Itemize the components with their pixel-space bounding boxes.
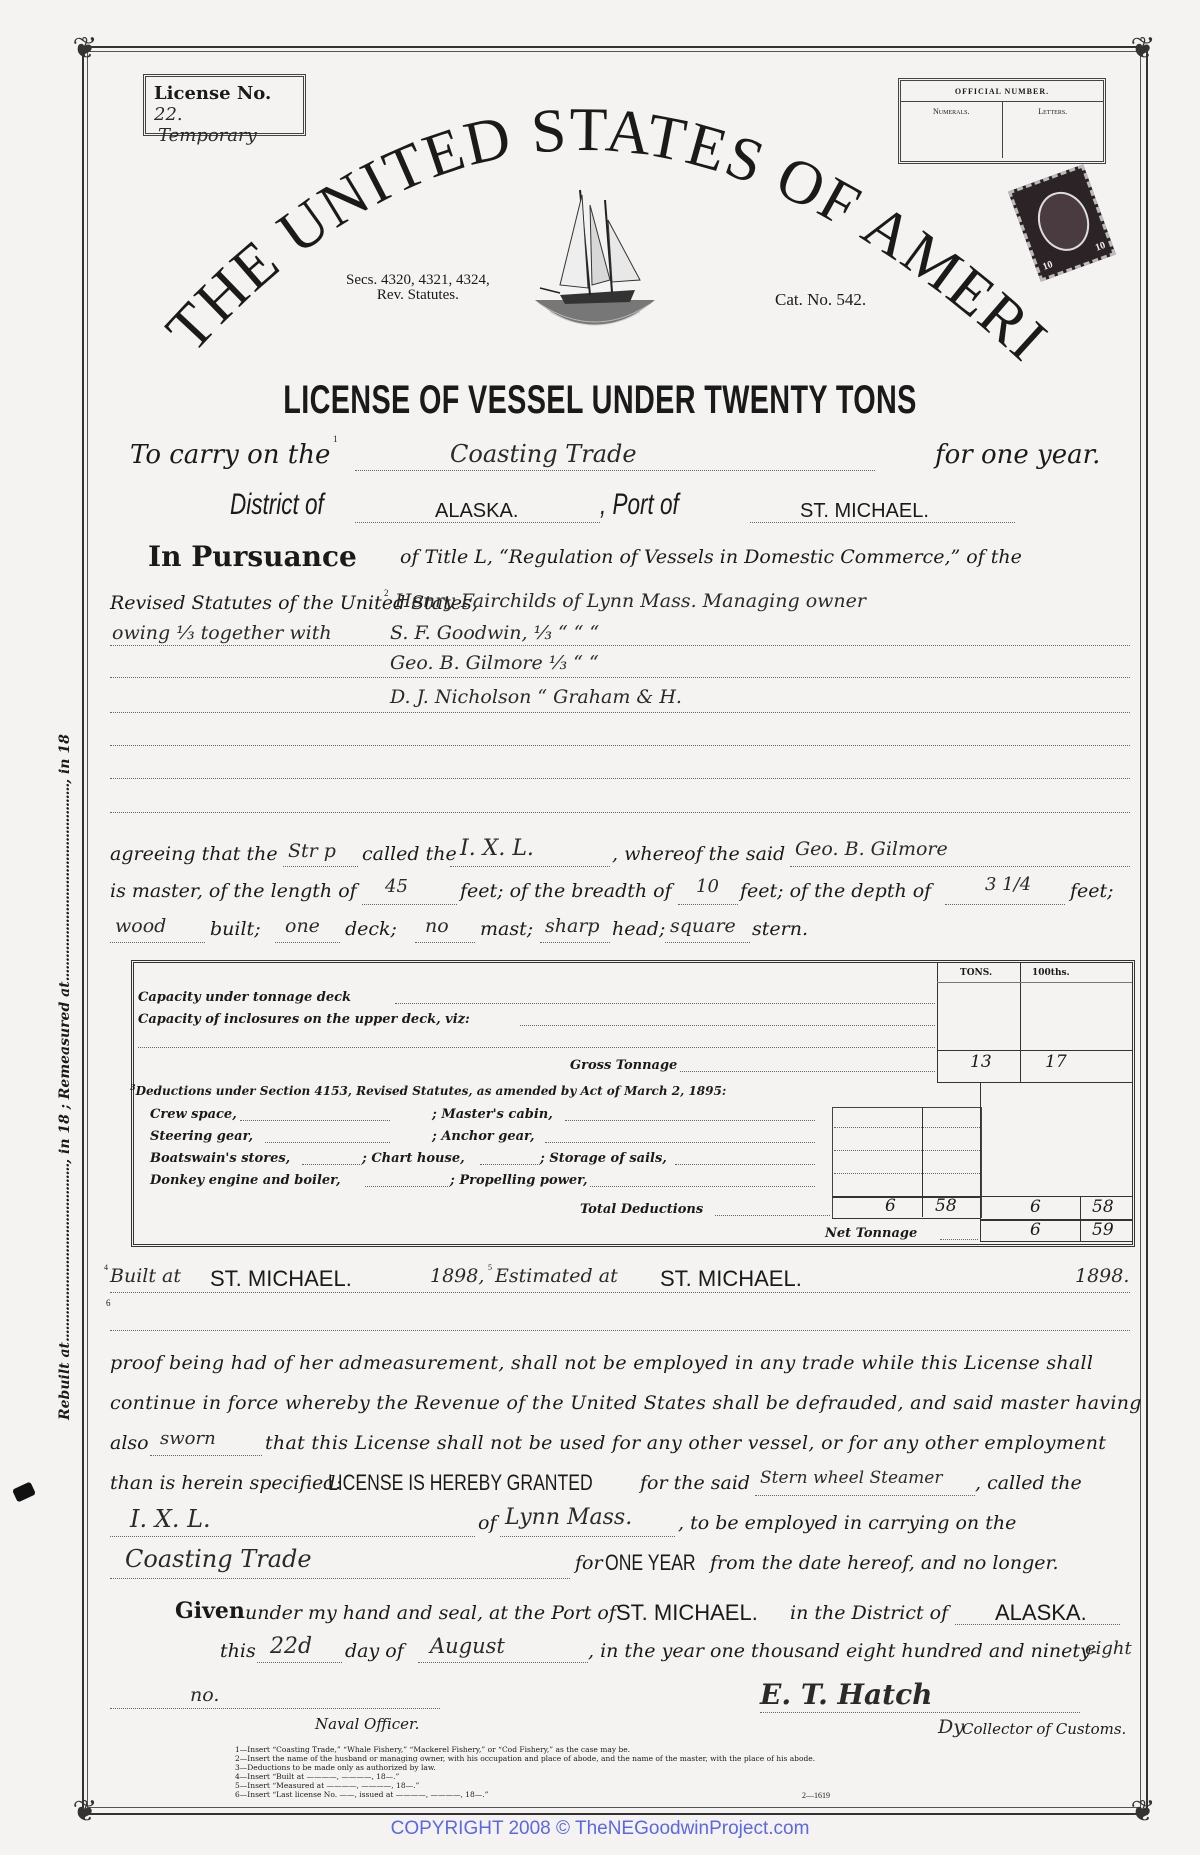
vessel-master: Geo. B. Gilmore [795,838,948,860]
given-lead: Given [175,1598,245,1624]
copyright-watermark: COPYRIGHT 2008 © TheNEGoodwinProject.com [0,1818,1200,1840]
granted-trade: Coasting Trade [125,1545,312,1573]
net-tonnage-label: Net Tonnage [825,1226,917,1241]
trade-suffix: for one year. [935,440,1100,470]
estimated-place: ST. MICHAEL. [660,1266,802,1292]
given-month: August [430,1634,505,1658]
margin-ink-mark [12,1481,36,1502]
col-tons: TONS. [960,968,992,978]
statute-reference: Secs. 4320, 4321, 4324, Rev. Statutes. [346,273,490,303]
naval-officer-value: no. [190,1684,219,1706]
vessel-type: Str p [288,840,336,862]
district-value: ALASKA. [435,500,518,523]
trade-prefix: To carry on the [130,440,330,470]
total-deductions-tons: 6 [885,1196,896,1216]
vessel-material: wood [115,915,166,937]
vessel-breadth: 10 [696,876,719,897]
catalog-number: Cat. No. 542. [775,290,866,310]
gross-hundredths: 17 [1045,1052,1067,1072]
owner-line-1: Henry Fairchilds of Lynn Mass. Managing … [395,590,866,612]
pursuance-lead: In Pursuance [148,540,357,573]
collector-signature: E. T. Hatch [760,1678,933,1711]
vessel-decks: one [285,915,320,937]
collector-label: Collector of Customs. [962,1720,1126,1738]
owner-line-2: S. F. Goodwin, ⅓ “ “ “ [390,622,599,644]
built-year: 1898, [430,1265,484,1287]
total-deductions-tons-right: 6 [1030,1197,1041,1217]
built-place: ST. MICHAEL. [210,1266,352,1292]
total-deductions-hundredths: 58 [935,1196,957,1216]
owner-line-3: Geo. B. Gilmore ⅓ “ “ [390,652,599,674]
license-granted-text: LICENSE IS HEREBY GRANTED [328,1470,593,1496]
schooner-engraving-icon [530,180,660,345]
body-line-3: that this License shall not be used for … [265,1432,1106,1454]
ornament-corner-icon: ❦ [68,32,102,66]
built-prefix: Built at [110,1265,181,1287]
estimated-year: 1898. [1075,1265,1129,1287]
pursuance-text1: of Title L, “Regulation of Vessels in Do… [400,546,1022,568]
total-deductions-hundredths-right: 58 [1092,1197,1114,1217]
total-deductions-label: Total Deductions [580,1202,703,1217]
ornament-corner-icon: ❦ [1126,32,1160,66]
vessel-masts: no [425,915,449,937]
owner-line-4: D. J. Nicholson “ Graham & H. [390,686,682,708]
net-hundredths: 59 [1092,1220,1114,1240]
net-tons: 6 [1030,1220,1041,1240]
port-label: , Port of [600,488,679,522]
col-hundredths: 100ths. [1032,968,1070,978]
vessel-length: 45 [385,876,408,897]
given-year-word: eight [1085,1638,1132,1659]
body-line-1: proof being had of her admeasurement, sh… [110,1352,1093,1374]
deductions-header: Deductions under Section 4153, Revised S… [136,1084,727,1098]
page-title: LICENSE OF VESSEL UNDER TWENTY TONS [168,378,1032,423]
naval-officer-label: Naval Officer. [315,1715,419,1733]
stamp-portrait [1030,185,1098,258]
collector-deputy-mark: Dy [938,1716,964,1738]
district-label: District of [230,488,324,522]
granted-vessel-name: I. X. L. [130,1505,211,1533]
estimated-prefix: Estimated at [495,1265,618,1287]
home-port: Lynn Mass. [505,1505,632,1530]
owner-line-2-prefix: owing ⅓ together with [112,622,332,644]
given-port: ST. MICHAEL. [616,1600,758,1626]
vessel-depth: 3 1/4 [985,874,1031,895]
body-line-2: continue in force whereby the Revenue of… [110,1392,1142,1414]
port-value: ST. MICHAEL. [800,500,929,523]
given-district: ALASKA. [995,1600,1087,1626]
vessel-name: I. X. L. [460,836,534,861]
vessel-head: sharp [545,915,600,937]
margin-note: Rebuilt at..............................… [57,734,73,1420]
footnotes: 1—Insert “Coasting Trade,” “Whale Fisher… [235,1745,815,1799]
sworn-value: sworn [160,1428,216,1449]
trade-value: Coasting Trade [450,440,637,468]
vessel-stern: square [670,915,736,937]
one-year-text: ONE YEAR [605,1550,696,1576]
gross-tonnage-label: Gross Tonnage [570,1058,677,1073]
given-day: 22d [270,1634,312,1659]
form-number: 2—1619 [802,1791,830,1800]
gross-tons: 13 [970,1052,992,1072]
vessel-kind: Stern wheel Steamer [760,1468,942,1488]
